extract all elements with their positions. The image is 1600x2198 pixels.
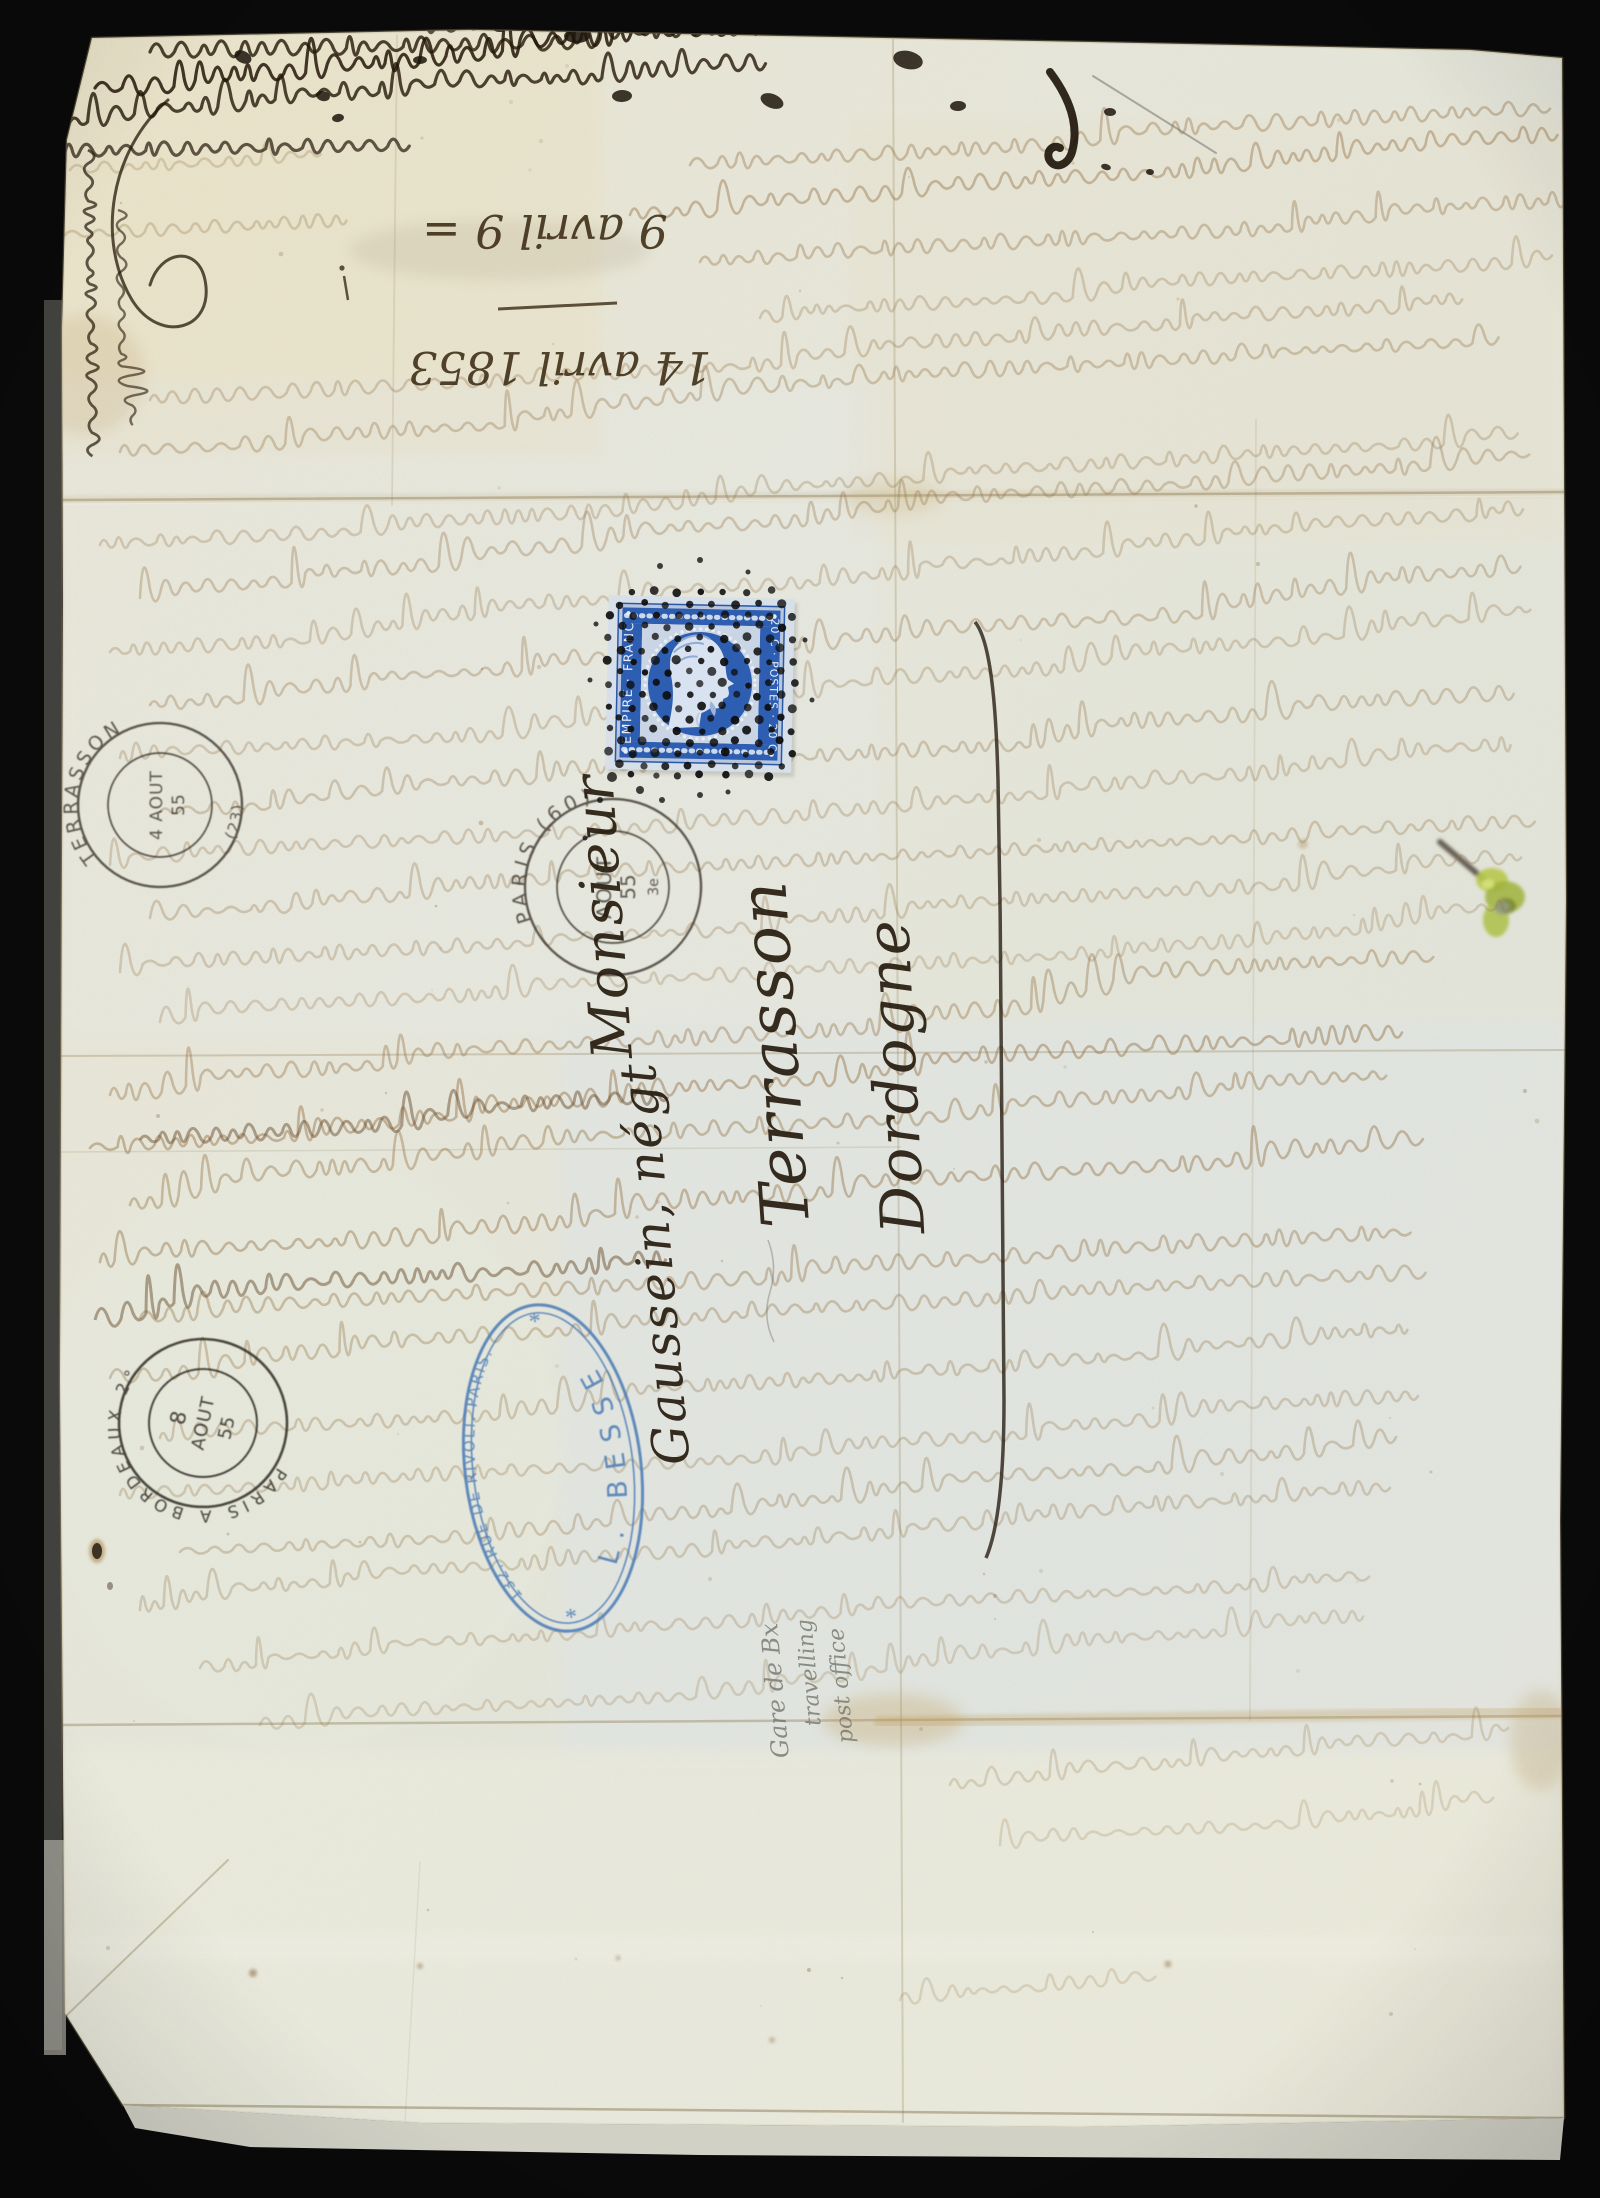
letter-scene: TERRASSON (23) 4 AOUT 55 PARIS A BORDEAU… [0, 0, 1600, 2198]
photo-of-folded-letter: TERRASSON (23) 4 AOUT 55 PARIS A BORDEAU… [0, 0, 1600, 2198]
photo-vignette [0, 0, 1600, 2198]
